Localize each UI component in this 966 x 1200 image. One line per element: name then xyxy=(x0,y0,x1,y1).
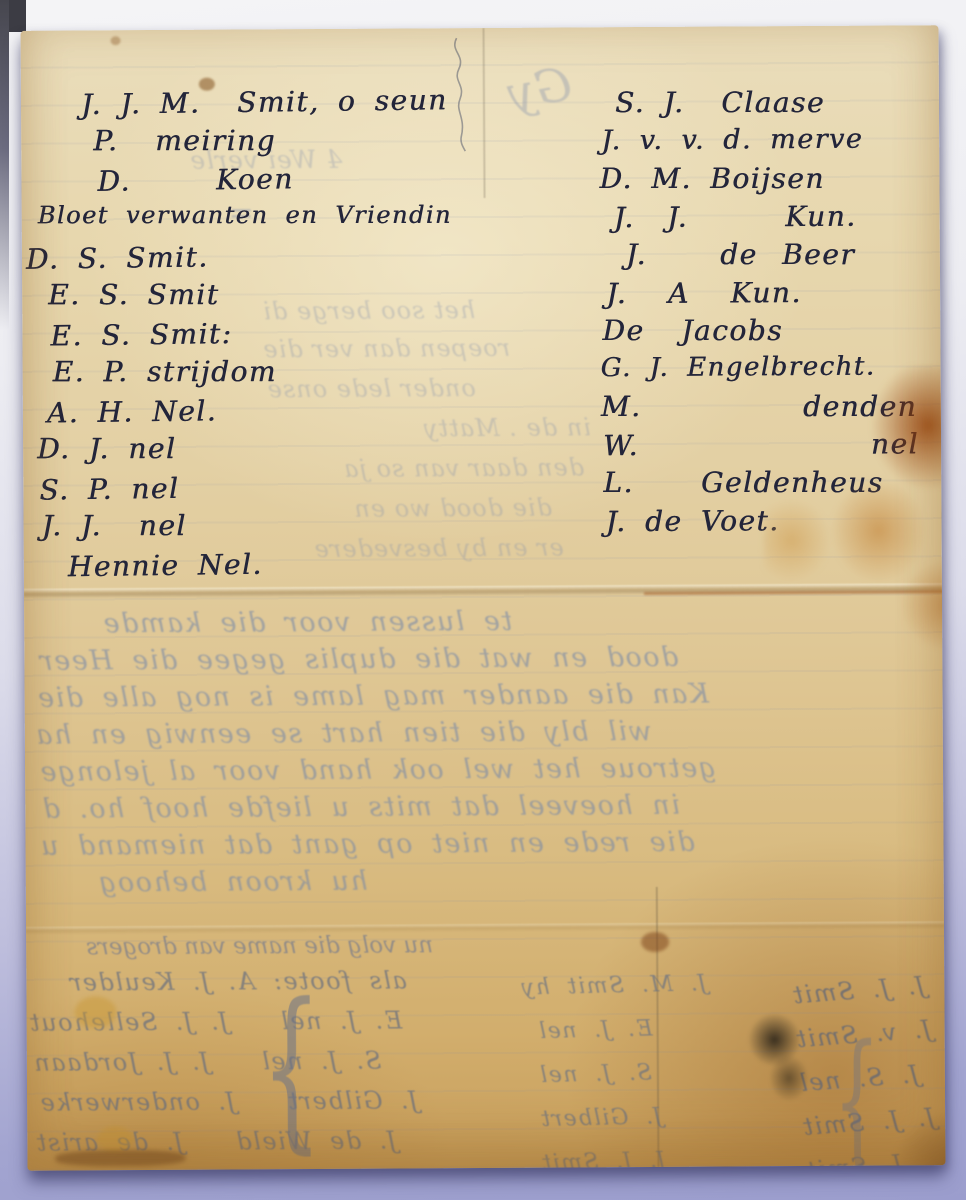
handwritten-name: G. J. Engelbrecht. xyxy=(601,351,941,391)
bleedthrough-line: te lussen voor die kamde xyxy=(32,603,900,645)
handwritten-name: S. P. nel xyxy=(23,466,613,512)
brace-mark-small: { xyxy=(833,1026,882,1171)
bleedthrough-line: die rede en niet op gant dat niemand u xyxy=(33,825,901,867)
handwritten-name: D. Koen xyxy=(21,158,611,204)
handwritten-name: J. de Voet. xyxy=(601,503,941,543)
handwritten-name: E. S. Smit xyxy=(22,277,612,316)
bleedthrough-line: getroue het wel ook hand voor al jelonge xyxy=(33,751,901,793)
signature-column-right: S. J. ClaaseJ. v. v. d. merveD. M. Boijs… xyxy=(599,85,942,543)
bleedthrough-line: J. J. Smit xyxy=(541,1147,712,1171)
pencil-squiggle-mark xyxy=(423,36,484,156)
handwritten-name: J. de Beer xyxy=(600,238,940,276)
handwritten-name: L. Geldenheus xyxy=(601,466,941,504)
bleedthrough-bottom-header: nu volg die name van drogers xyxy=(86,932,546,961)
bleedthrough-line: in hoeveel dat mits u liefde hoof ho. d xyxy=(33,788,901,830)
handwritten-name: E. S. Smit: xyxy=(22,312,612,358)
handwritten-name: De Jacobs xyxy=(600,314,940,352)
handwritten-name: E. P. strijdom xyxy=(23,354,613,393)
handwritten-name: D. M. Boijsen xyxy=(599,162,939,200)
handwritten-name: D. J. nel xyxy=(23,431,613,470)
bleedthrough-line: hu kroon behoog xyxy=(34,862,902,904)
handwritten-name: Hennie Nel. xyxy=(24,543,614,589)
handwritten-name: J. J. M. Smit, o seun xyxy=(21,81,611,127)
bleedthrough-line: J. Gilbert xyxy=(540,1103,711,1151)
bleedthrough-line: S. J. nel xyxy=(538,1059,709,1107)
bleedthrough-line: Kan die aander mag lame is nog alle die xyxy=(33,677,901,719)
handwritten-name: J. A Kun. xyxy=(600,275,940,315)
handwritten-name: M. denden xyxy=(601,390,941,428)
handwritten-name: P. meiring xyxy=(21,123,611,162)
bleedthrough-line: dood en wat die duplis gegee die Heer xyxy=(32,640,900,682)
handwritten-name: Bloet verwanten en Vriendin xyxy=(22,200,612,239)
bleedthrough-middle-text: te lussen voor die kamdedood en wat die … xyxy=(32,603,902,904)
bleedthrough-line: wil bly die tien hart se eenwig en ha xyxy=(33,714,901,756)
bleedthrough-bottom-middle: J. M. Smit hyE. J. nelS. J. nelJ. Gilber… xyxy=(536,971,711,1171)
bleedthrough-line: J. M. Smit hy xyxy=(536,971,707,1019)
photo-backdrop: Gy4 Wei verlehet soo berge diroepen dan … xyxy=(0,0,966,1200)
bleedthrough-line: E. J. nel xyxy=(537,1015,708,1063)
backdrop-edge-shadow xyxy=(0,0,9,330)
handwritten-name: W. nel xyxy=(601,427,941,467)
letter-page: Gy4 Wei verlehet soo berge diroepen dan … xyxy=(21,25,946,1171)
handwritten-name: D. S. Smit. xyxy=(22,235,612,281)
handwritten-name: A. H. Nel. xyxy=(23,389,613,435)
signature-column-left: J. J. M. Smit, o seunP. meiringD. KoenBl… xyxy=(21,83,614,587)
handwritten-name: J. J. nel xyxy=(24,508,614,547)
handwritten-name: S. J. Claase xyxy=(599,86,939,124)
handwritten-name: J. v. v. d. merve xyxy=(599,123,939,163)
handwritten-name: J. J. Kun. xyxy=(600,199,940,239)
brace-mark: { xyxy=(260,981,322,1156)
